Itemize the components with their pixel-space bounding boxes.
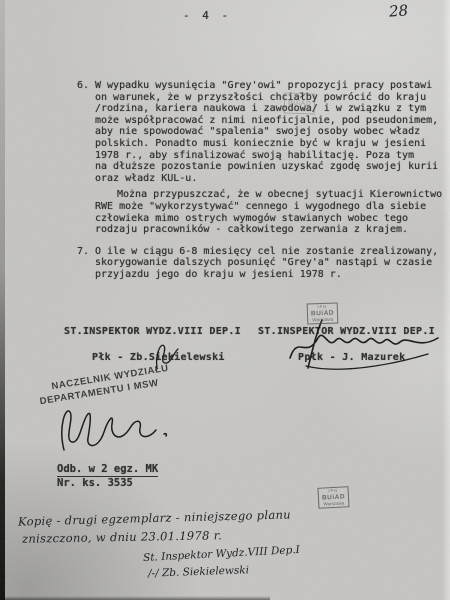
typed-line: polskich. Ponadto musi koniecznie być w … [95, 138, 445, 150]
copies-note: Odb. w 2 egz. MK Nr. ks. 3535 [57, 463, 158, 490]
typed-line: skorygowanie dalszych posunięć "Grey'a" … [95, 257, 445, 269]
item-number: 7. [77, 246, 89, 258]
paragraph-7: 7. O ile w ciągu 6-8 miesięcy cel nie zo… [77, 246, 445, 281]
typed-line: 1978 r., aby sfinalizować swoją habilita… [95, 150, 445, 162]
typed-line: może współpracować z nimi nieoficjalnie,… [95, 115, 445, 127]
scan-bottom-edge-shadow [0, 596, 270, 600]
handwritten-signature-title: St. Inspektor Wydz.VIII Dep.I [143, 544, 300, 564]
handwritten-note-line1: Kopię - drugi egzemplarz - niniejszego p… [18, 507, 291, 528]
paragraph-6: 6. W wypadku wysunięcia "Grey'owi" propo… [77, 80, 445, 236]
typed-line: przyjazdu jego do kraju w jesieni 1978 r… [95, 269, 445, 281]
archive-stamp-middle: IPN BUiAD Warszawa [307, 302, 339, 324]
archive-stamp-faint: IPN BUiAD Warszawa [284, 92, 316, 114]
typed-line: aby nie spowodować "spalenia" swojej oso… [95, 126, 445, 138]
register-number: Nr. ks. 3535 [57, 477, 158, 490]
document-body: 6. W wypadku wysunięcia "Grey'owi" propo… [77, 80, 445, 281]
scanned-document-page: - 4 - 28 6. W wypadku wysunięcia "Grey'o… [0, 0, 450, 600]
handwritten-note-line2: zniszczono, w dniu 23.01.1978 r. [22, 528, 222, 545]
signature-mazurek [278, 316, 446, 374]
item-number: 6. [77, 80, 89, 92]
handwritten-corner-number: 28 [388, 1, 408, 20]
signature-naczelnik [50, 396, 178, 464]
typed-line: W wypadku wysunięcia "Grey'owi" propozyc… [95, 80, 445, 92]
archive-stamp-bottom: IPN BUiAD Warszawa [317, 486, 349, 509]
typed-line: człowieka mimo ostrych wymogów stawianyc… [95, 213, 445, 225]
copies-line: Odb. w 2 egz. MK [57, 463, 158, 477]
typed-line: oraz władz KUL-u. [95, 173, 445, 185]
typed-line: na dłuższe pozostanie powinien uzyskać z… [95, 161, 445, 173]
scan-left-edge-shadow [0, 0, 5, 600]
handwritten-signature-name: /-/ Zb. Siekielewski [148, 564, 249, 580]
page-number: - 4 - [183, 9, 231, 22]
typed-line: on warunek, że w przyszłości chciałby po… [95, 92, 445, 104]
scan-right-edge-highlight [442, 0, 450, 600]
typed-line: O ile w ciągu 6-8 miesięcy cel nie zosta… [95, 246, 445, 258]
typed-line: rodzaju pracowników - całkowitego zerwan… [95, 224, 445, 236]
typed-line: /rodzina, kariera naukowa i zawodowa/ i … [95, 103, 445, 115]
typed-line: RWE może "wykorzystywać" cennego i wygod… [95, 201, 445, 213]
typed-line: Można przypuszczać, że w obecnej sytuacj… [95, 189, 445, 201]
